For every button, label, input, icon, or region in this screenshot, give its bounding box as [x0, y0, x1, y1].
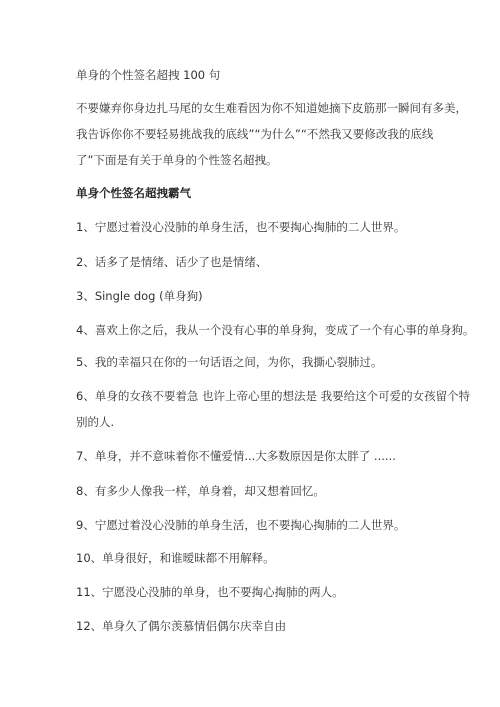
intro-line-2: 我告诉你你不要轻易挑战我的底线”“为什么”“不然我又要修改我的底线: [76, 127, 433, 141]
intro-line-3: 了”下面是有关于单身的个性签名超拽。: [76, 153, 277, 167]
list-item-3: 3、Single dog (单身狗): [76, 289, 203, 303]
document-title: 单身的个性签名超拽 100 句: [76, 68, 220, 82]
list-item-2: 2、话多了是情绪、话少了也是情绪、: [76, 255, 267, 269]
section-heading: 单身个性签名超拽霸气: [76, 186, 191, 200]
list-item-10: 10、单身很好，和谁暧昧都不用解释。: [76, 551, 275, 565]
list-item-4: 4、喜欢上你之后，我从一个没有心事的单身狗，变成了一个有心事的单身狗。: [76, 323, 474, 337]
list-item-6-line-1: 6、单身的女孩不要着急 也许上帝心里的想法是 我要给这个可爱的女孩留个特: [76, 389, 470, 403]
list-item-11: 11、宁愿没心没肺的单身，也不要掏心掏肺的两人。: [76, 585, 344, 599]
list-item-8: 8、有多少人像我一样，单身着，却又想着回忆。: [76, 484, 325, 498]
list-item-9: 9、宁愿过着没心没肺的单身生活，也不要掏心掏肺的二人世界。: [76, 518, 405, 532]
intro-line-1: 不要嫌弃你身边扎马尾的女生难看因为你不知道她摘下皮筋那一瞬间有多美，: [76, 101, 467, 115]
list-item-1: 1、宁愿过着没心没肺的单身生活，也不要掏心掏肺的二人世界。: [76, 220, 405, 234]
list-item-12: 12、单身久了偶尔羡慕情侣偶尔庆幸自由: [76, 619, 286, 633]
list-item-6-line-2: 别的人.: [76, 415, 114, 429]
list-item-7: 7、单身，并不意味着你不懂爱情...大多数原因是你太胖了 ......: [76, 449, 396, 463]
document-page: 单身的个性签名超拽 100 句 不要嫌弃你身边扎马尾的女生难看因为你不知道她摘下…: [0, 0, 500, 707]
list-item-5: 5、我的幸福只在你的一句话语之间，为你，我撕心裂肺过。: [76, 355, 382, 369]
